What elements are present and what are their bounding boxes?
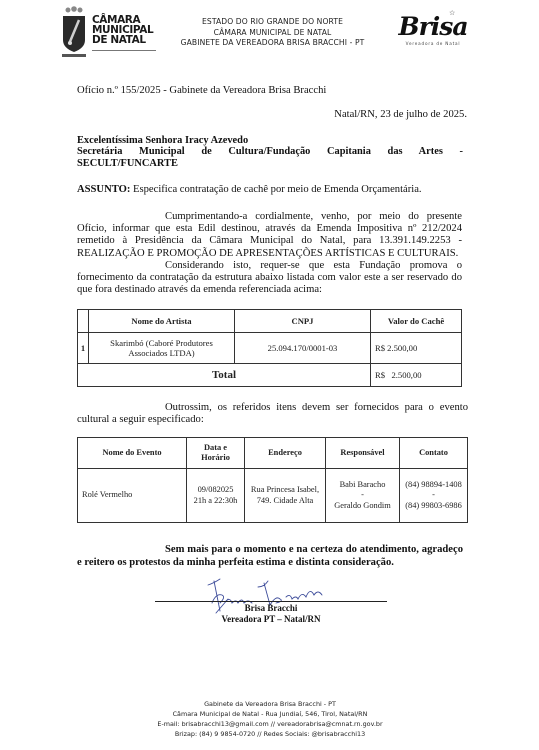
col-responsible-header: Responsável [326, 438, 400, 469]
brisa-logo: ☆ Brisa Vereadora de Natal [393, 14, 473, 46]
recipient-name: Excelentíssima Senhora Iracy Azevedo [77, 135, 463, 146]
event-responsible: Babi Baracho - Geraldo Gondim [326, 469, 400, 523]
signatory-name: Brisa Bracchi [155, 603, 387, 614]
contact-1: (84) 98894-1408 [404, 480, 463, 490]
brisa-wordmark: Brisa [393, 14, 473, 40]
letterhead-title: ESTADO DO RIO GRANDE DO NORTE CÂMARA MUN… [160, 17, 385, 49]
footer-line: Câmara Municipal de Natal - Rua Jundiaí,… [90, 709, 450, 719]
contact-2: (84) 99803-6986 [404, 501, 463, 511]
event-time: 21h a 22:30h [191, 496, 240, 506]
artist-name: Skarimbó (Caboré Produtores Associados L… [89, 333, 235, 364]
event-table: Nome do Evento Data e Horário Endereço R… [77, 437, 468, 523]
col-cnpj-header: CNPJ [235, 310, 371, 333]
recipient-block: Excelentíssima Senhora Iracy Azevedo Sec… [77, 135, 463, 169]
letterhead-line: GABINETE DA VEREADORA BRISA BRACCHI - PT [160, 38, 385, 49]
closing-paragraph: Sem mais para o momento e na certeza do … [77, 544, 463, 569]
event-date: 09/082025 [191, 485, 240, 495]
table-header-row: Nome do Artista CNPJ Valor do Cachê [78, 310, 462, 333]
star-icon: ☆ [449, 9, 455, 17]
artist-fee: R$ 2.500,00 [371, 333, 462, 364]
footer-social-line: Brizap: (84) 9 9854-0720 // Redes Sociai… [90, 729, 450, 739]
event-contact: (84) 98894-1408 - (84) 99803-6986 [400, 469, 468, 523]
col-datetime-header: Data e Horário [187, 438, 245, 469]
event-datetime: 09/082025 21h a 22:30h [187, 469, 245, 523]
total-row: Total R$ 2.500,00 [78, 364, 462, 387]
table-row: 1 Skarimbó (Caboré Produtores Associados… [78, 333, 462, 364]
paragraph-1: Cumprimentando-a cordialmente, venho, po… [77, 211, 462, 260]
row-index: 1 [78, 333, 89, 364]
col-artist-header: Nome do Artista [89, 310, 235, 333]
event-address: Rua Princesa Isabel, 749. Cidade Alta [245, 469, 326, 523]
closing-text: Sem mais para o momento e na certeza do … [77, 544, 463, 569]
footer-contact-line: E-mail: brisabracchi13@gmail.com // vere… [90, 719, 450, 729]
camara-crest-icon [61, 6, 87, 58]
table-row: Rolé Vermelho 09/082025 21h a 22:30h Rua… [78, 469, 468, 523]
paragraph-3: Outrossim, os referidos itens devem ser … [77, 402, 468, 426]
signatory: Brisa Bracchi Vereadora PT – Natal/RN [155, 603, 387, 624]
total-label: Total [78, 364, 371, 387]
recipient-title-cont: SECULT/FUNCARTE [77, 158, 463, 169]
letterhead-line: CÂMARA MUNICIPAL DE NATAL [160, 28, 385, 39]
paragraph-2: Considerando isto, requer-se que esta Fu… [77, 260, 462, 297]
subject-label: ASSUNTO: [77, 184, 130, 195]
artist-table: Nome do Artista CNPJ Valor do Cachê 1 Sk… [77, 309, 462, 387]
camara-municipal-logo: CÂMARA MUNICIPAL DE NATAL [58, 6, 158, 58]
responsible-2: Geraldo Gondim [330, 501, 395, 511]
separator: - [404, 490, 463, 500]
document-date: Natal/RN, 23 de julho de 2025. [334, 109, 467, 121]
total-value: R$ 2.500,00 [371, 364, 462, 387]
col-index-header [78, 310, 89, 333]
separator: - [330, 490, 395, 500]
responsible-1: Babi Baracho [330, 480, 395, 490]
logo-line-3: DE NATAL [92, 35, 153, 45]
signature-line [155, 601, 387, 602]
brisa-subtitle: Vereadora de Natal [393, 41, 473, 46]
subject-text: Especifica contratação de cachê por meio… [130, 184, 421, 195]
table-header-row: Nome do Evento Data e Horário Endereço R… [78, 438, 468, 469]
footer-line: Gabinete da Vereadora Brisa Bracchi - PT [90, 699, 450, 709]
subject-line: ASSUNTO: Especifica contratação de cachê… [77, 184, 422, 196]
col-value-header: Valor do Cachê [371, 310, 462, 333]
footer: Gabinete da Vereadora Brisa Bracchi - PT… [90, 699, 450, 739]
col-event-header: Nome do Evento [78, 438, 187, 469]
letterhead-line: ESTADO DO RIO GRANDE DO NORTE [160, 17, 385, 28]
col-contact-header: Contato [400, 438, 468, 469]
recipient-title: Secretária Municipal de Cultura/Fundação… [77, 146, 463, 157]
artist-cnpj: 25.094.170/0001-03 [235, 333, 371, 364]
logo-underline [92, 50, 156, 51]
event-name: Rolé Vermelho [78, 469, 187, 523]
signatory-role: Vereadora PT – Natal/RN [155, 614, 387, 625]
oficio-number: Ofício n.º 155/2025 - Gabinete da Veread… [77, 85, 326, 97]
body-paragraphs: Cumprimentando-a cordialmente, venho, po… [77, 211, 462, 296]
col-address-header: Endereço [245, 438, 326, 469]
